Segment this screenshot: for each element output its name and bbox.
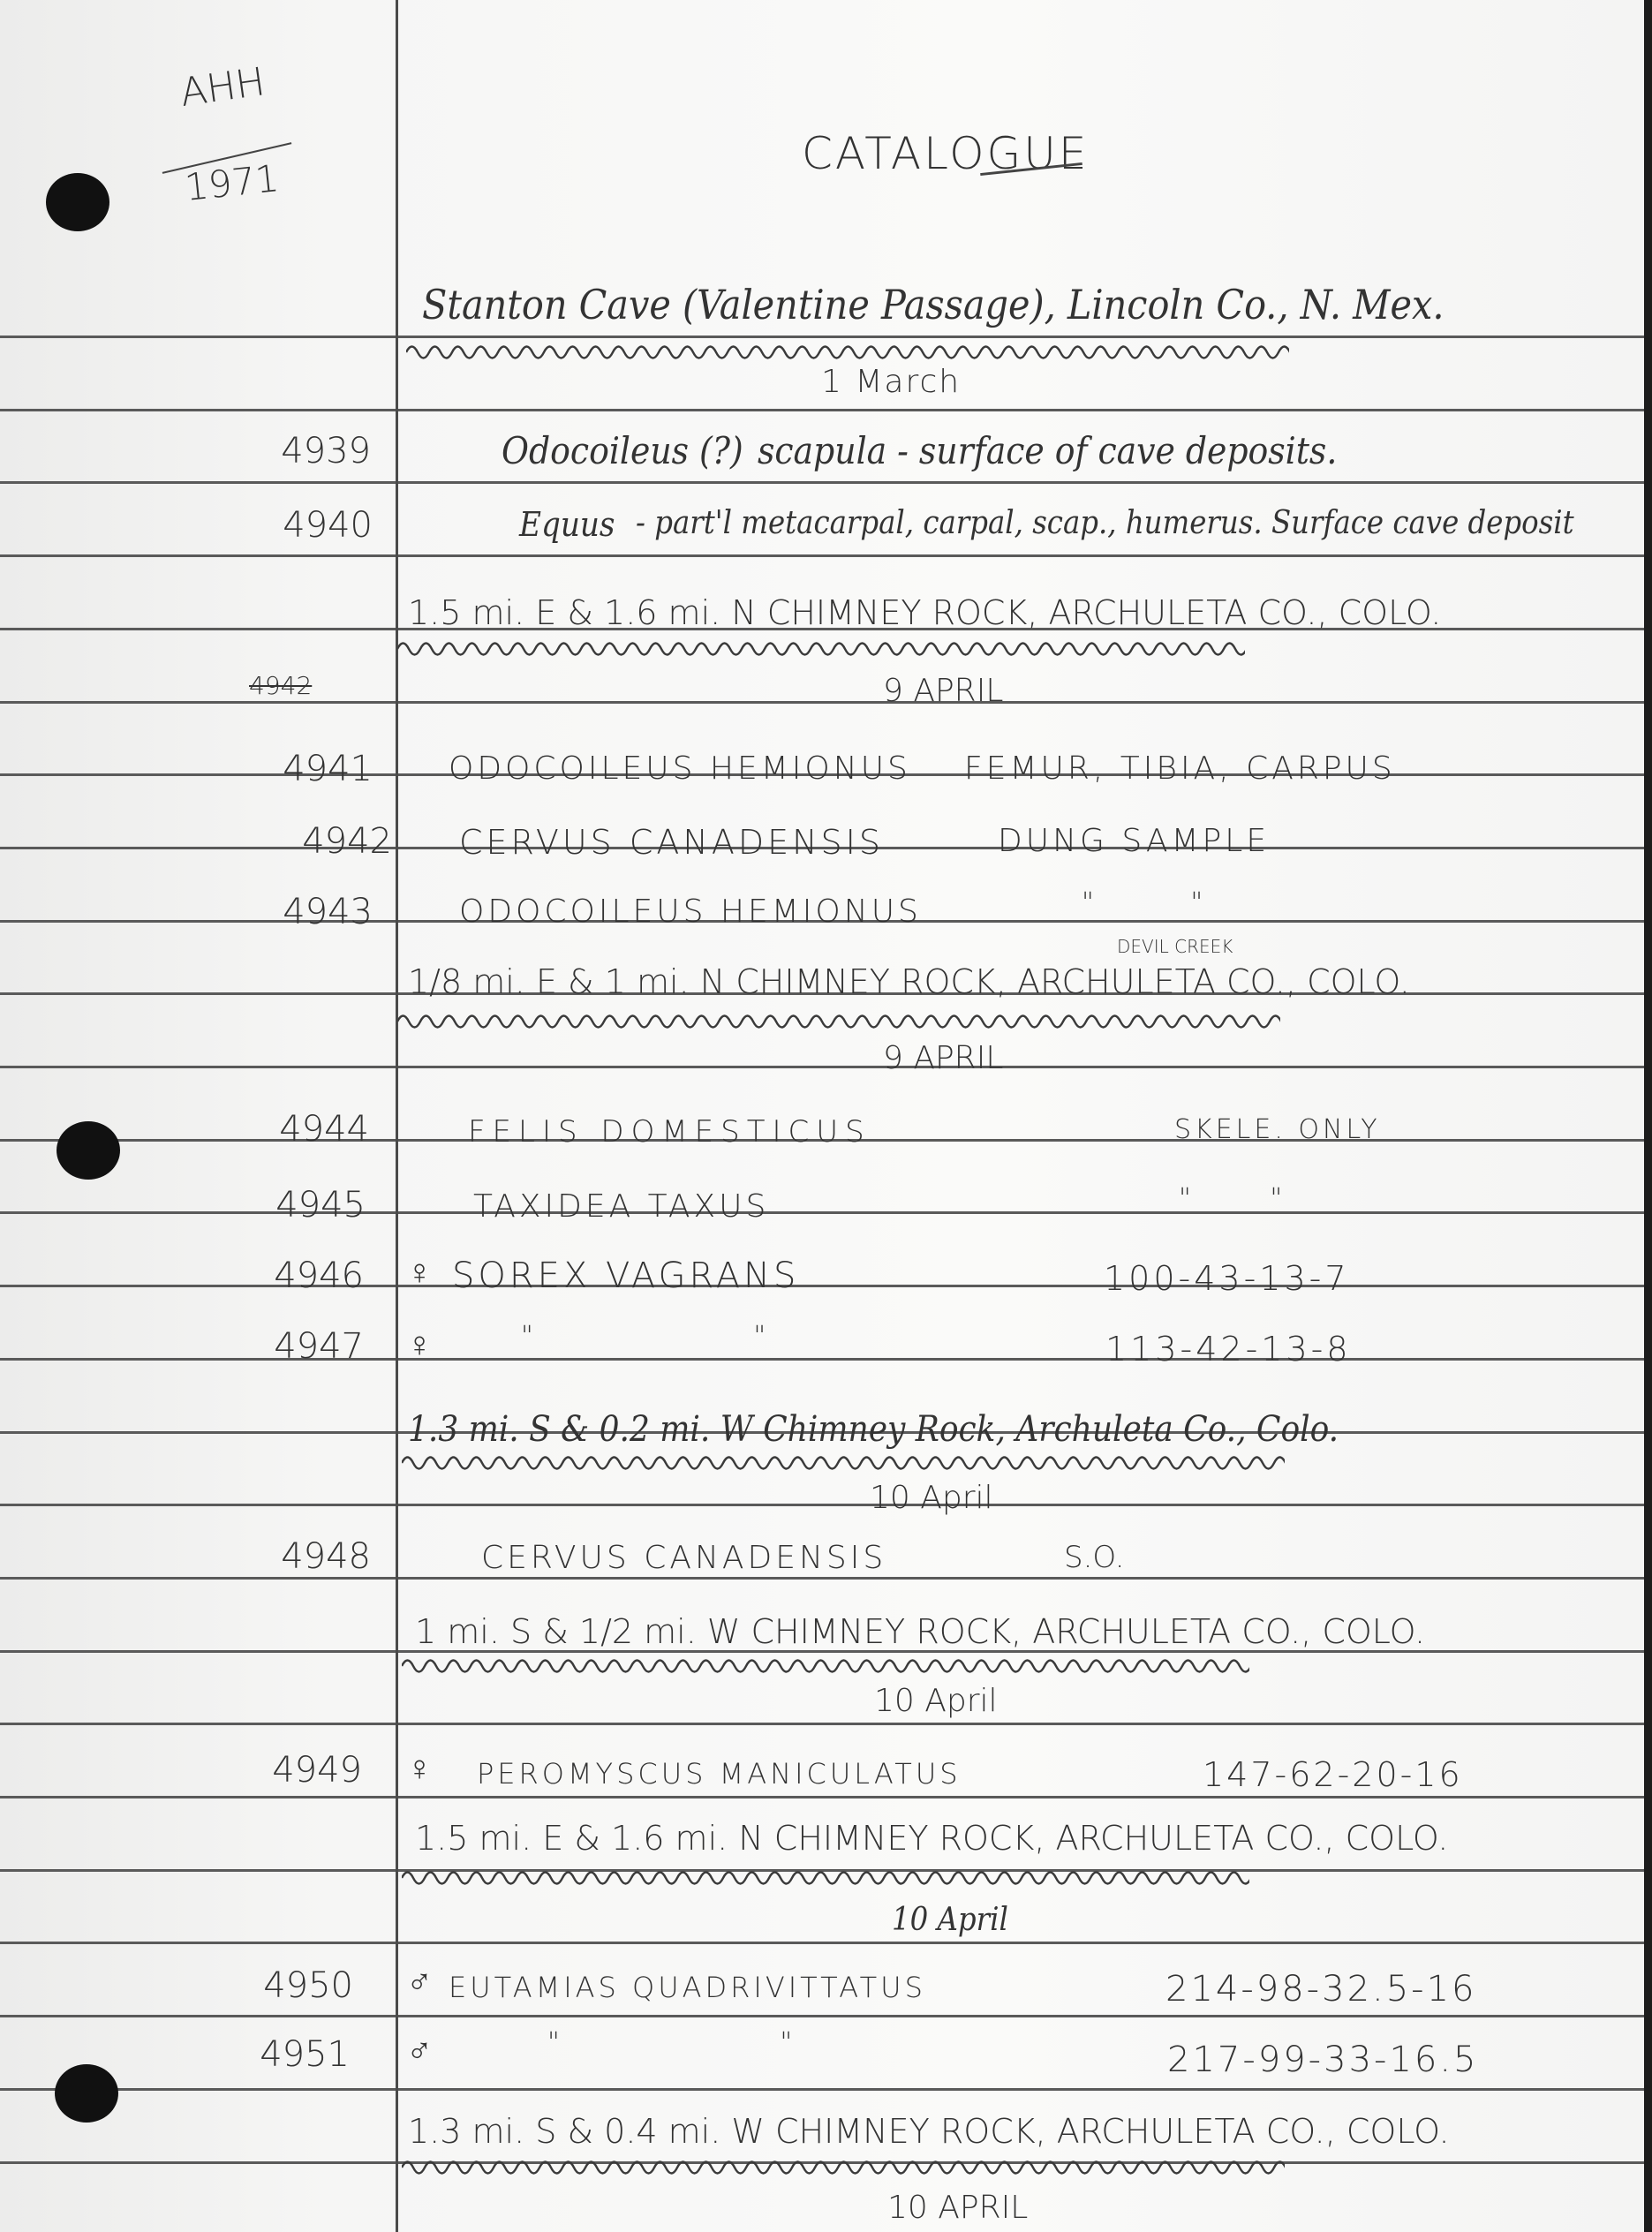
body-measurements: 113-42-13-8: [1105, 1330, 1352, 1369]
ruled-line: [0, 1504, 1644, 1506]
margin-line: [396, 0, 398, 2232]
ruled-line: [0, 554, 1644, 557]
body-measurements: 214-98-32.5-16: [1165, 1969, 1477, 2010]
taxon-name: PEROMYSCUS MANICULATUS: [477, 1757, 962, 1791]
taxon-name: EUTAMIAS QUADRIVITTATUS: [449, 1971, 926, 2004]
catalogue-number: 4941: [196, 749, 373, 789]
locality-insert: DEVIL CREEK: [1117, 936, 1233, 957]
collection-date: 10 APRIL: [887, 2190, 1028, 2226]
ruled-line: [0, 336, 1644, 338]
page-title: CATALOGUE: [802, 128, 1089, 179]
struck-catalogue-number: 4942: [249, 671, 312, 700]
ruled-line: [0, 409, 1644, 411]
collection-date: 1 March: [821, 364, 961, 400]
ruled-line: [0, 1723, 1644, 1725]
specimen-notes: SKELE. ONLY: [1174, 1114, 1381, 1145]
ruled-line: [0, 481, 1644, 484]
taxon-name: TAXIDEA TAXUS: [473, 1188, 769, 1225]
locality-heading: 1.3 mi. S & 0.4 mi. W CHIMNEY ROCK, ARCH…: [408, 2112, 1450, 2151]
specimen-notes: " ": [1179, 1183, 1317, 1214]
taxon-ditto: " ": [521, 1321, 871, 1352]
body-measurements: 217-99-33-16.5: [1167, 2040, 1479, 2080]
locality-underline-wavy: [402, 2154, 1285, 2181]
specimen-notes: DUNG SAMPLE: [998, 823, 1270, 859]
taxon-name: CERVUS CANADENSIS: [459, 823, 884, 862]
ruled-line: [0, 1577, 1644, 1580]
catalogue-number: 4946: [187, 1255, 364, 1296]
catalogue-number: 4939: [194, 431, 371, 471]
catalogue-number: 4948: [194, 1536, 371, 1577]
specimen-notes: S.O.: [1064, 1540, 1125, 1575]
specimen-notes: FEMUR, TIBIA, CARPUS: [964, 750, 1396, 787]
catalogue-number: 4943: [196, 892, 373, 932]
collection-date: 10 April: [870, 1480, 993, 1516]
specimen-notes: " ": [1082, 887, 1247, 918]
locality-heading: 1.5 mi. E & 1.6 mi. N CHIMNEY ROCK, ARCH…: [415, 1819, 1448, 1858]
body-measurements: 100-43-13-7: [1104, 1259, 1350, 1298]
taxon-name: FELIS DOMESTICUS: [468, 1114, 871, 1150]
punch-hole-bottom: [55, 2064, 118, 2123]
male-symbol-icon: ♂: [406, 1962, 433, 2002]
ruled-line: [0, 1796, 1644, 1798]
catalogue-number: 4942: [215, 821, 392, 862]
page-edge-shadow: [1644, 0, 1652, 2232]
catalogue-number: 4940: [196, 505, 373, 546]
catalogue-number: 4944: [192, 1109, 369, 1150]
catalogue-number: 4950: [177, 1965, 353, 2006]
locality-underline-wavy: [397, 636, 1245, 662]
taxon-ditto: " ": [547, 2027, 898, 2058]
female-symbol-icon: ♀: [406, 1252, 433, 1293]
locality-underline-wavy: [406, 339, 1289, 366]
taxon-name: CERVUS CANADENSIS: [481, 1540, 886, 1576]
catalogue-number: 4951: [173, 2034, 350, 2075]
locality-underline-wavy: [397, 1008, 1280, 1035]
locality-underline-wavy: [402, 1450, 1285, 1476]
collection-date: 10 April: [892, 1902, 1008, 1938]
female-symbol-icon: ♀: [406, 1748, 433, 1789]
catalogue-number: 4949: [185, 1750, 362, 1791]
locality-heading: Stanton Cave (Valentine Passage), Lincol…: [422, 281, 1444, 328]
punch-hole-top: [46, 173, 109, 231]
locality-underline-wavy: [402, 1865, 1249, 1891]
catalogue-number: 4945: [189, 1185, 366, 1225]
specimen-notes: - part'l metacarpal, carpal, scap., hume…: [636, 505, 1574, 541]
punch-hole-middle: [57, 1121, 120, 1180]
locality-heading: 1.3 mi. S & 0.2 mi. W Chimney Rock, Arch…: [408, 1409, 1339, 1450]
taxon-name: Equus: [519, 505, 615, 544]
collection-date: 9 APRIL: [883, 1040, 1003, 1076]
locality-heading: 1 mi. S & 1/2 mi. W CHIMNEY ROCK, ARCHUL…: [415, 1612, 1425, 1651]
collection-date: 10 April: [874, 1683, 998, 1719]
body-measurements: 147-62-20-16: [1203, 1755, 1463, 1794]
ruled-line: [0, 2015, 1644, 2017]
taxon-name: ODOCOILEUS HEMIONUS: [449, 750, 911, 787]
locality-heading: 1/8 mi. E & 1 mi. N CHIMNEY ROCK, ARCHUL…: [408, 962, 1410, 1001]
taxon-name: Odocoileus (?): [502, 429, 743, 472]
collection-date: 9 APRIL: [883, 673, 1003, 709]
locality-heading: 1.5 mi. E & 1.6 mi. N CHIMNEY ROCK, ARCH…: [408, 593, 1441, 632]
ruled-line: [0, 2088, 1644, 2091]
female-symbol-icon: ♀: [406, 1324, 433, 1365]
ruled-line: [0, 1066, 1644, 1068]
ruled-line: [0, 1942, 1644, 1944]
locality-underline-wavy: [402, 1653, 1249, 1679]
specimen-notes: scapula - surface of cave deposits.: [758, 429, 1337, 472]
taxon-name: SOREX VAGRANS: [452, 1255, 799, 1296]
taxon-name: ODOCOILEUS HEMIONUS: [459, 894, 922, 930]
ruled-line: [0, 701, 1644, 704]
catalogue-number: 4947: [187, 1326, 364, 1367]
male-symbol-icon: ♂: [406, 2031, 433, 2071]
